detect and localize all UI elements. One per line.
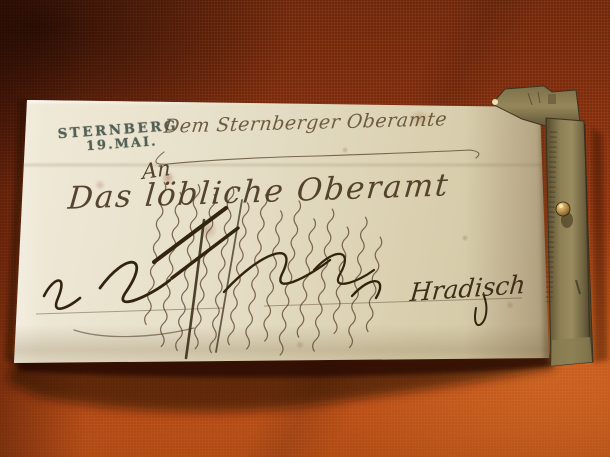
knob-highlight <box>559 204 563 208</box>
caliper-head-engraving <box>548 94 556 104</box>
letter-photograph: STERNBERG 19.MAI. Dem Sternberger Oberam… <box>0 0 610 457</box>
caliper-tip-highlight <box>492 99 498 105</box>
caliper-knob <box>556 202 570 216</box>
caliper-stem <box>545 118 593 366</box>
caliper-shadow <box>592 128 608 363</box>
brass-caliper-ruler <box>0 0 610 457</box>
caliper-stem-end <box>551 337 592 366</box>
